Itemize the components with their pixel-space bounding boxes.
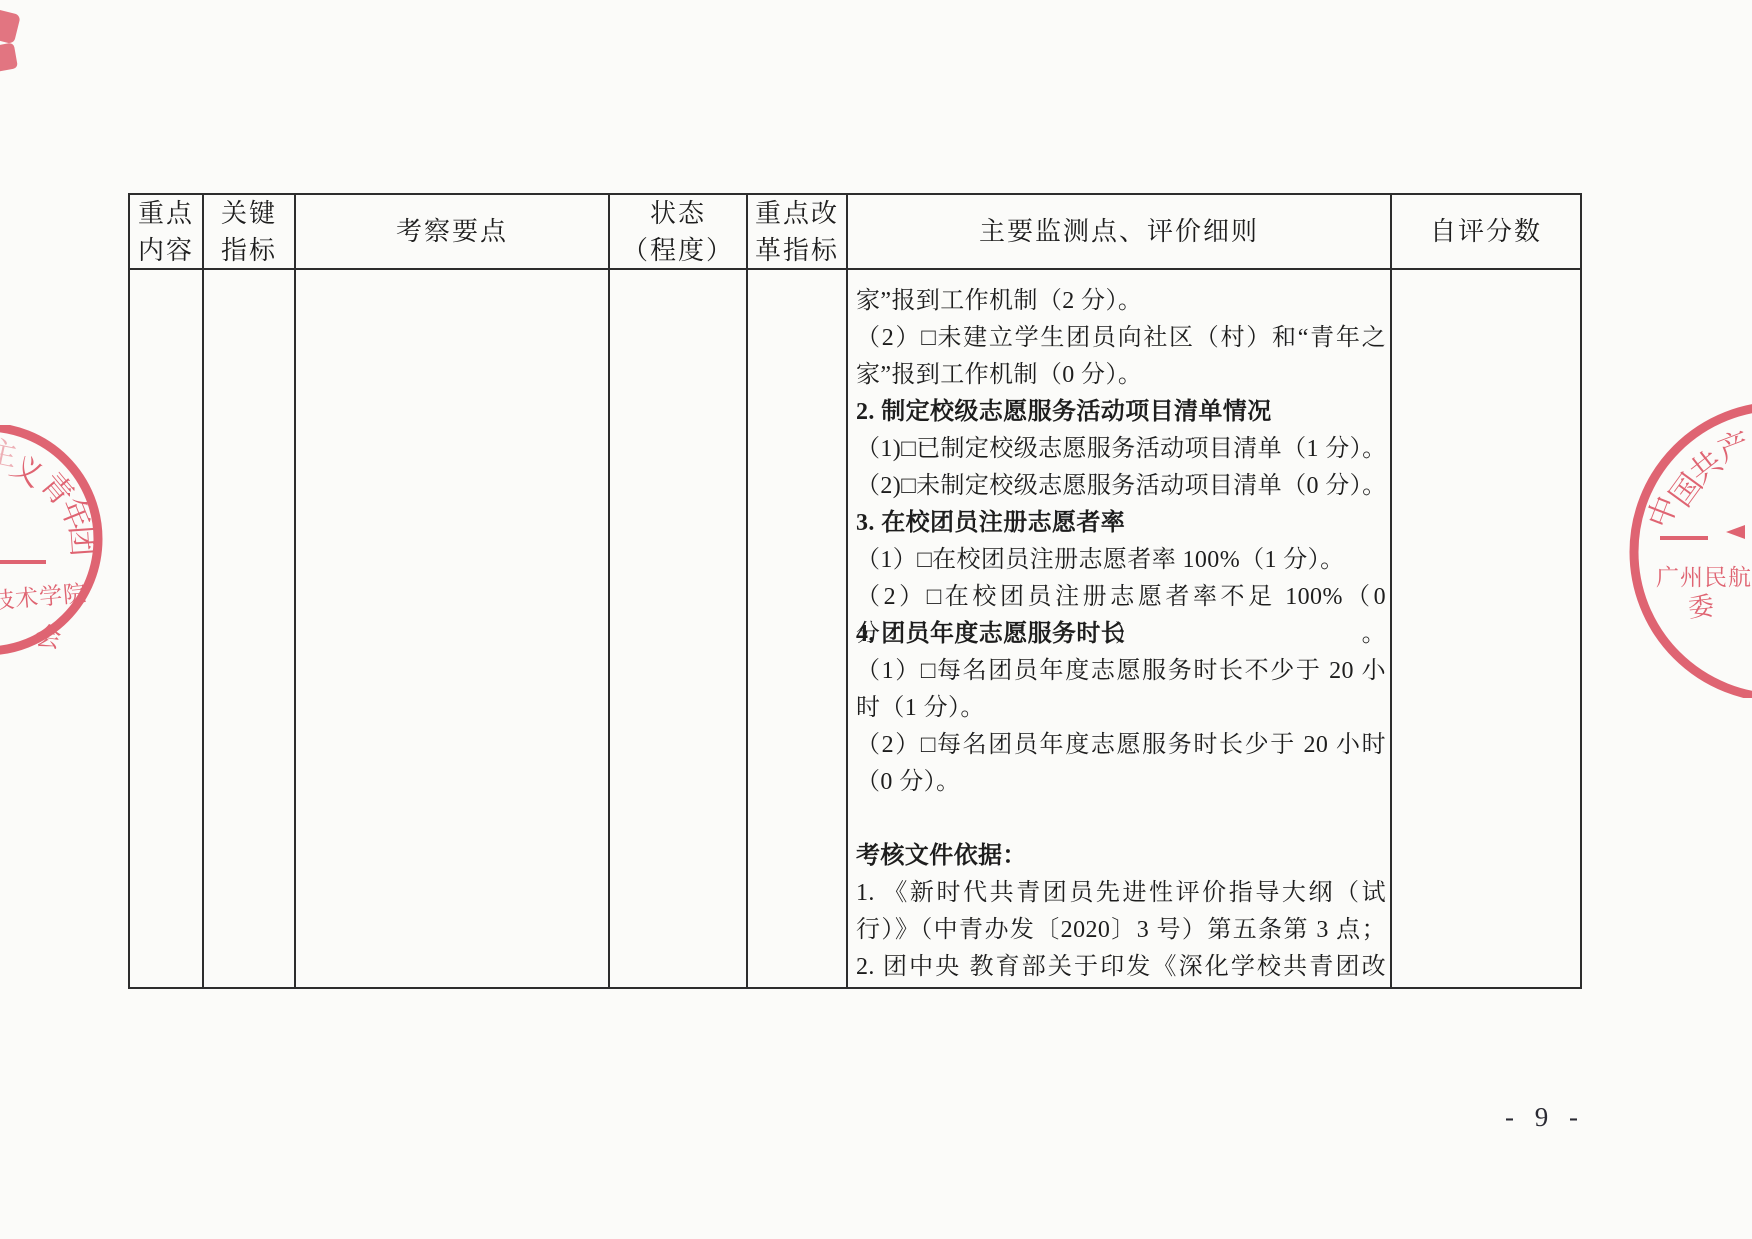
column-header-key-reform-indicator: 重点改 革指标 bbox=[748, 195, 848, 270]
monitoring-line bbox=[856, 801, 1390, 838]
header-line: （程度） bbox=[622, 232, 734, 269]
cell-status-degree bbox=[610, 270, 748, 987]
column-header-monitoring-points: 主要监测点、评价细则 bbox=[848, 195, 1392, 270]
monitoring-line: （1)□已制定校级志愿服务活动项目清单（1 分）。 bbox=[856, 431, 1390, 468]
seal-org-text: 广州民航职 bbox=[1656, 565, 1752, 590]
column-header-status-degree: 状态 （程度） bbox=[610, 195, 748, 270]
monitoring-line: （2）□未建立学生团员向社区（村）和“青年之 bbox=[856, 320, 1390, 357]
column-header-self-score: 自评分数 bbox=[1392, 195, 1580, 270]
seal-arc-char: 团 bbox=[63, 524, 100, 557]
cell-key-reform-indicator bbox=[748, 270, 848, 987]
monitoring-line: 家”报到工作机制（2 分）。 bbox=[856, 283, 1390, 320]
cell-key-content bbox=[130, 270, 204, 987]
seal-bottom-char: 会 bbox=[33, 621, 63, 653]
corner-stamp-fragment bbox=[0, 0, 44, 96]
right-red-seal: 中 国 共 产 广州民航职 委 bbox=[1627, 398, 1752, 698]
header-line: 重点 bbox=[138, 195, 194, 232]
monitoring-cell-content: 家”报到工作机制（2 分）。（2）□未建立学生团员向社区（村）和“青年之家”报到… bbox=[848, 270, 1390, 987]
monitoring-line: 时（1 分）。 bbox=[856, 690, 1390, 727]
header-line: 考察要点 bbox=[396, 213, 508, 250]
monitoring-line: （1）□每名团员年度志愿服务时长不少于 20 小 bbox=[856, 653, 1390, 690]
header-line: 状态 bbox=[650, 195, 706, 232]
monitoring-line: 3. 在校团员注册志愿者率 bbox=[856, 505, 1390, 542]
header-line: 自评分数 bbox=[1430, 213, 1542, 250]
monitoring-line: 2. 制定校级志愿服务活动项目清单情况 bbox=[856, 394, 1390, 431]
column-header-key-indicator: 关键 指标 bbox=[204, 195, 296, 270]
column-header-key-content: 重点 内容 bbox=[130, 195, 204, 270]
monitoring-line: 2. 团中央 教育部关于印发《深化学校共青团改 bbox=[856, 949, 1390, 986]
header-line: 重点改 bbox=[755, 195, 839, 232]
column-header-inspection-points: 考察要点 bbox=[296, 195, 610, 270]
monitoring-line: （1）□在校团员注册志愿者率 100%（1 分）。 bbox=[856, 542, 1390, 579]
header-line: 关键 bbox=[221, 195, 277, 232]
monitoring-line: （2)□未制定校级志愿服务活动项目清单（0 分）。 bbox=[856, 468, 1390, 505]
monitoring-line: （2）□每名团员年度志愿服务时长少于 20 小时 bbox=[856, 727, 1390, 764]
seal-bottom-char: 委 bbox=[1687, 591, 1716, 623]
left-red-seal: 主 义 青 年 团 技术学院 会 bbox=[0, 425, 130, 660]
evaluation-table: 重点 内容 关键 指标 考察要点 状态 （程度） 重点改 革指标 主要监测点、评… bbox=[128, 193, 1582, 989]
cell-key-indicator bbox=[204, 270, 296, 987]
seal-star-tip bbox=[1726, 525, 1745, 539]
header-line: 革指标 bbox=[755, 232, 839, 269]
monitoring-line: （2）□在校团员注册志愿者率不足 100%（0 分）。 bbox=[856, 579, 1390, 616]
header-line: 主要监测点、评价细则 bbox=[979, 213, 1259, 250]
page-number: - 9 - bbox=[1505, 1102, 1585, 1133]
monitoring-line: （0 分）。 bbox=[856, 764, 1390, 801]
monitoring-line: 家”报到工作机制（0 分）。 bbox=[856, 357, 1390, 394]
monitoring-line: 1. 《新时代共青团员先进性评价指导大纲（试 bbox=[856, 875, 1390, 912]
cell-monitoring-points: 家”报到工作机制（2 分）。（2）□未建立学生团员向社区（村）和“青年之家”报到… bbox=[848, 270, 1392, 987]
header-line: 指标 bbox=[221, 232, 277, 269]
monitoring-line: 行）》（中青办发〔2020〕3 号）第五条第 3 点； bbox=[856, 912, 1390, 949]
header-line: 内容 bbox=[138, 232, 194, 269]
scanned-page: 重点 内容 关键 指标 考察要点 状态 （程度） 重点改 革指标 主要监测点、评… bbox=[0, 0, 1752, 1239]
cell-inspection-points bbox=[296, 270, 610, 987]
monitoring-line: 考核文件依据： bbox=[856, 838, 1390, 875]
cell-self-score bbox=[1392, 270, 1580, 987]
